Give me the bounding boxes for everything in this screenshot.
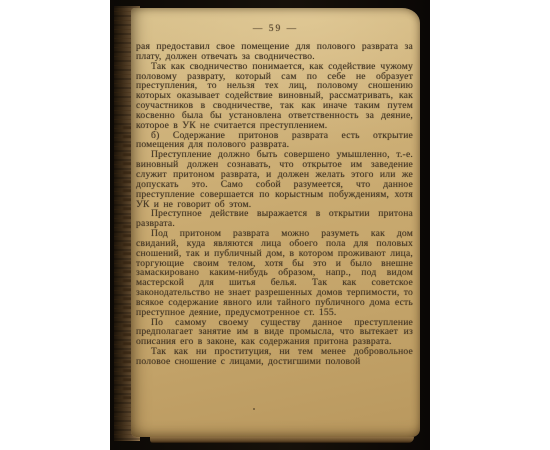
paragraph: Под притоном разврата можно разуметь как… [136,229,413,318]
paragraph: Преступное действие выражается в открыти… [136,209,413,229]
paragraph: б) Содержание притонов разврата есть отк… [136,131,413,151]
paragraph: Преступление должно быть совершено умышл… [136,150,413,209]
page-stack-edge [150,437,414,443]
text-block: рая предоставил свое помещение для полов… [136,42,413,367]
book-page: — 59 — рая предоставил свое помещение дл… [131,8,420,437]
paper-speck [253,408,255,410]
page-number: — 59 — [131,24,420,35]
paragraph: По самому своему существу данное преступ… [136,318,413,348]
paragraph: рая предоставил свое помещение для полов… [136,42,413,62]
paragraph: Так как сводничество понимается, как сод… [136,62,413,131]
paragraph: Так как ни проституция, ни тем менее доб… [136,347,413,367]
book-photo: — 59 — рая предоставил свое помещение дл… [110,0,430,450]
screenshot-canvas: — 59 — рая предоставил свое помещение дл… [0,0,550,450]
